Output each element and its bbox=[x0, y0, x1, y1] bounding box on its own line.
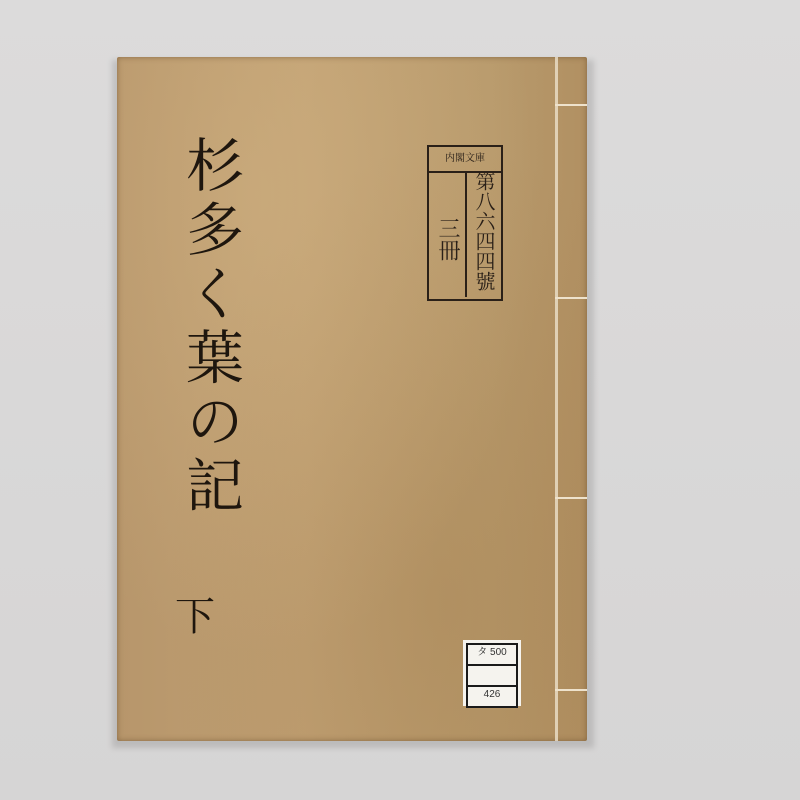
book-title: 杉多く葉の記 bbox=[165, 135, 245, 519]
stamp-count: 三冊 bbox=[433, 217, 461, 261]
label-row: 426 bbox=[466, 685, 518, 708]
stitch bbox=[555, 497, 587, 499]
volume-mark: 下 bbox=[175, 585, 215, 642]
stamp-header: 内閣文庫 bbox=[429, 147, 501, 173]
stitch bbox=[555, 297, 587, 299]
shelf-label: タ 500 426 bbox=[463, 640, 521, 706]
library-stamp: 内閣文庫 第八六四四號 三冊 bbox=[427, 145, 503, 301]
label-row: タ 500 bbox=[466, 643, 518, 666]
binding-thread bbox=[555, 57, 558, 741]
label-row bbox=[466, 664, 518, 687]
stitch bbox=[555, 689, 587, 691]
stamp-number: 第八六四四號 bbox=[465, 171, 501, 297]
stitch bbox=[555, 104, 587, 106]
